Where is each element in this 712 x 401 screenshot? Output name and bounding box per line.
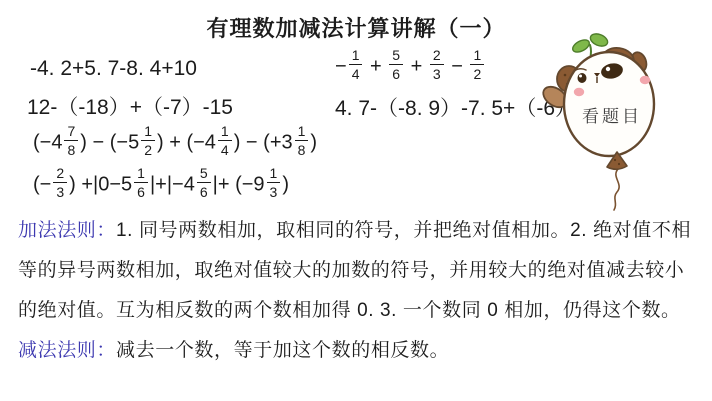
eye-highlight	[579, 75, 582, 78]
ear-spot	[564, 74, 567, 77]
balloon-string	[614, 169, 619, 210]
problem-expression-5: (−478) − (−512) + (−414) − (+318)	[33, 126, 317, 159]
addition-rule-text-2: 等的异号两数相加，取绝对值较大的加数的符号，并用较大的绝对值减去较小	[18, 260, 684, 281]
subtraction-rule-text: 减去一个数，等于加这个数的相反数。	[116, 340, 449, 361]
balloon-label: 看题目	[582, 107, 642, 126]
addition-rule-line-3: 的绝对值。互为相反数的两个数相加得 0. 3. 一个数同 0 相加，仍得这个数。	[18, 299, 712, 323]
eye-highlight	[606, 67, 610, 71]
knot-spot	[614, 159, 616, 161]
addition-rule-line-1: 加法法则：1. 同号两数相加，取相同的符号，并把绝对值相加。2. 绝对值不相	[18, 219, 712, 243]
sprout-leaf-icon	[571, 37, 592, 54]
problem-expression-1: -4. 2+5. 7-8. 4+10	[30, 55, 197, 81]
problem-expression-3: 12-（-18）+（-7）-15	[27, 94, 233, 120]
addition-rule-text-1: 1. 同号两数相加，取相同的符号，并把绝对值相加。2. 绝对值不相	[116, 220, 691, 241]
knot-spot	[618, 163, 620, 165]
problem-expression-2: −14 + 56 + 23 − 12	[335, 50, 486, 83]
subtraction-rule-label: 减法法则：	[18, 340, 116, 361]
worksheet-page: 有理数加减法计算讲解（一） -4. 2+5. 7-8. 4+10 −14 + 5…	[0, 0, 712, 401]
panda-balloon-illustration: 看题目	[538, 25, 712, 220]
panda-left-eye	[578, 73, 587, 83]
addition-rule-text-3: 的绝对值。互为相反数的两个数相加得 0. 3. 一个数同 0 相加，仍得这个数。	[18, 300, 681, 321]
addition-rule-line-2: 等的异号两数相加，取绝对值较大的加数的符号，并用较大的绝对值减去较小	[18, 259, 712, 283]
panda-blush-left	[574, 88, 584, 96]
panda-balloon-svg: 看题目	[538, 25, 712, 220]
subtraction-rule-line: 减法法则：减去一个数，等于加这个数的相反数。	[18, 339, 712, 363]
panda-blush-right	[640, 76, 650, 84]
sprout-leaf-icon	[589, 32, 610, 49]
addition-rule-label: 加法法则：	[18, 220, 116, 241]
problem-expression-6: (−23) +|0−516|+|−456|+ (−913)	[33, 168, 289, 201]
